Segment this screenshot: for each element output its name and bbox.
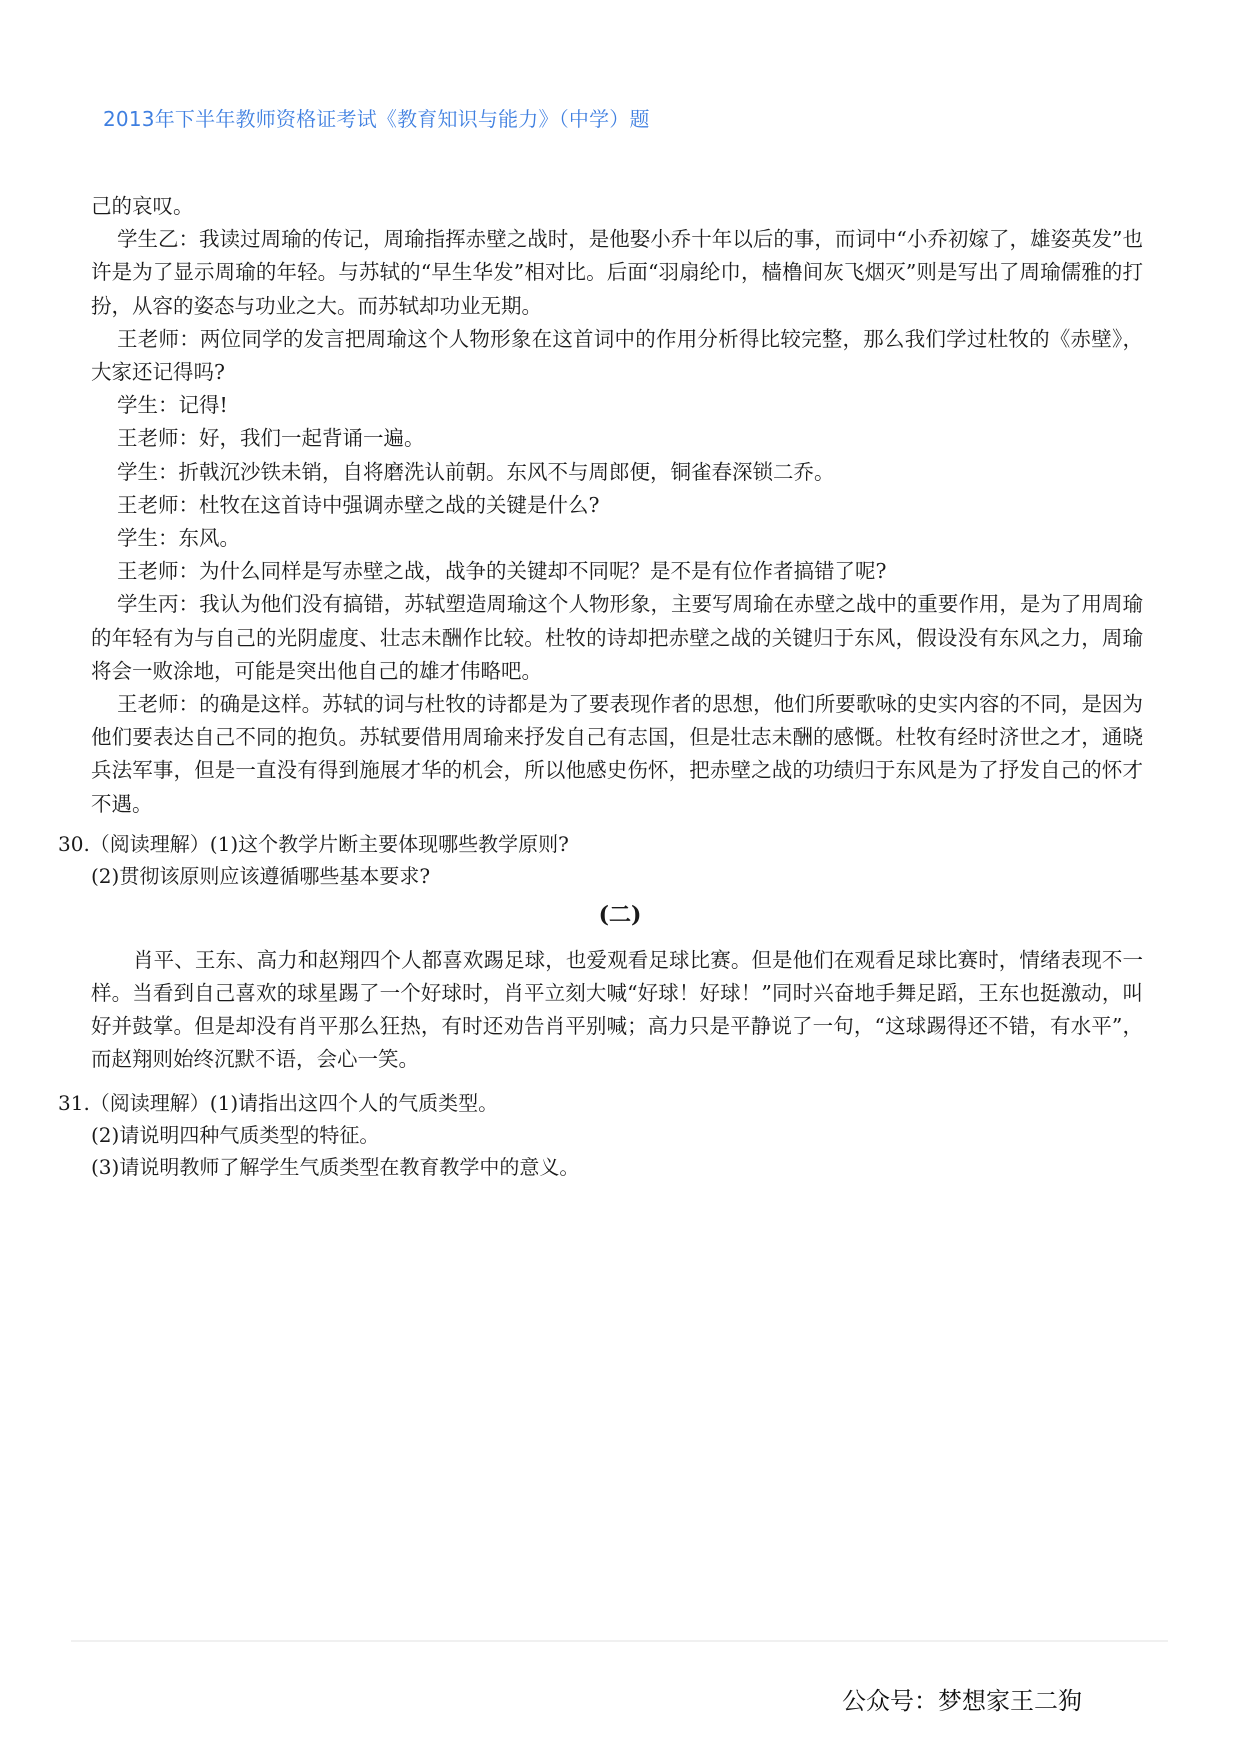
question-31-part-3: (3)请说明教师了解学生气质类型在教育教学中的意义。 — [58, 1151, 579, 1183]
dialogue-body: 己的哀叹。 学生乙：我读过周瑜的传记，周瑜指挥赤壁之战时，是他娶小乔十年以后的事… — [91, 190, 1143, 821]
question-31: 31.（阅读理解）(1)请指出这四个人的气质类型。 (2)请说明四种气质类型的特… — [58, 1087, 579, 1183]
dialogue-paragraph: 学生：记得! — [91, 389, 1143, 422]
dialogue-paragraph: 王老师：好，我们一起背诵一遍。 — [91, 422, 1143, 455]
dialogue-paragraph: 王老师：两位同学的发言把周瑜这个人物形象在这首词中的作用分析得比较完整，那么我们… — [91, 323, 1143, 389]
question-30-part-2: (2)贯彻该原则应该遵循哪些基本要求? — [58, 860, 569, 892]
dialogue-paragraph: 王老师：为什么同样是写赤壁之战，战争的关键却不同呢？是不是有位作者搞错了呢? — [91, 555, 1143, 588]
question-31-part-2: (2)请说明四种气质类型的特征。 — [58, 1119, 579, 1151]
dialogue-paragraph: 学生：折戟沉沙铁未销，自将磨洗认前朝。东风不与周郎便，铜雀春深锁二乔。 — [91, 456, 1143, 489]
question-30: 30.（阅读理解）(1)这个教学片断主要体现哪些教学原则? (2)贯彻该原则应该… — [58, 828, 569, 892]
section-heading: (二) — [0, 898, 1240, 929]
dialogue-paragraph: 学生：东风。 — [91, 522, 1143, 555]
question-30-part-1: 30.（阅读理解）(1)这个教学片断主要体现哪些教学原则? — [58, 828, 569, 860]
dialogue-paragraph: 学生丙：我认为他们没有搞错，苏轼塑造周瑜这个人物形象，主要写周瑜在赤壁之战中的重… — [91, 588, 1143, 688]
case-paragraph: 肖平、王东、高力和赵翔四个人都喜欢踢足球，也爱观看足球比赛。但是他们在观看足球比… — [91, 944, 1143, 1076]
footer-account-label: 公众号：梦想家王二狗 — [842, 1681, 1082, 1716]
question-31-part-1: 31.（阅读理解）(1)请指出这四个人的气质类型。 — [58, 1087, 579, 1119]
dialogue-paragraph: 王老师：的确是这样。苏轼的词与杜牧的诗都是为了要表现作者的思想，他们所要歌咏的史… — [91, 688, 1143, 821]
dialogue-paragraph: 学生乙：我读过周瑜的传记，周瑜指挥赤壁之战时，是他娶小乔十年以后的事，而词中“小… — [91, 223, 1143, 323]
dialogue-paragraph: 王老师：杜牧在这首诗中强调赤壁之战的关键是什么? — [91, 489, 1143, 522]
page-title: 2013年下半年教师资格证考试《教育知识与能力》（中学）题 — [103, 103, 650, 132]
case-passage: 肖平、王东、高力和赵翔四个人都喜欢踢足球，也爱观看足球比赛。但是他们在观看足球比… — [91, 944, 1143, 1076]
footer-divider — [71, 1640, 1168, 1642]
dialogue-paragraph: 己的哀叹。 — [91, 190, 1143, 223]
